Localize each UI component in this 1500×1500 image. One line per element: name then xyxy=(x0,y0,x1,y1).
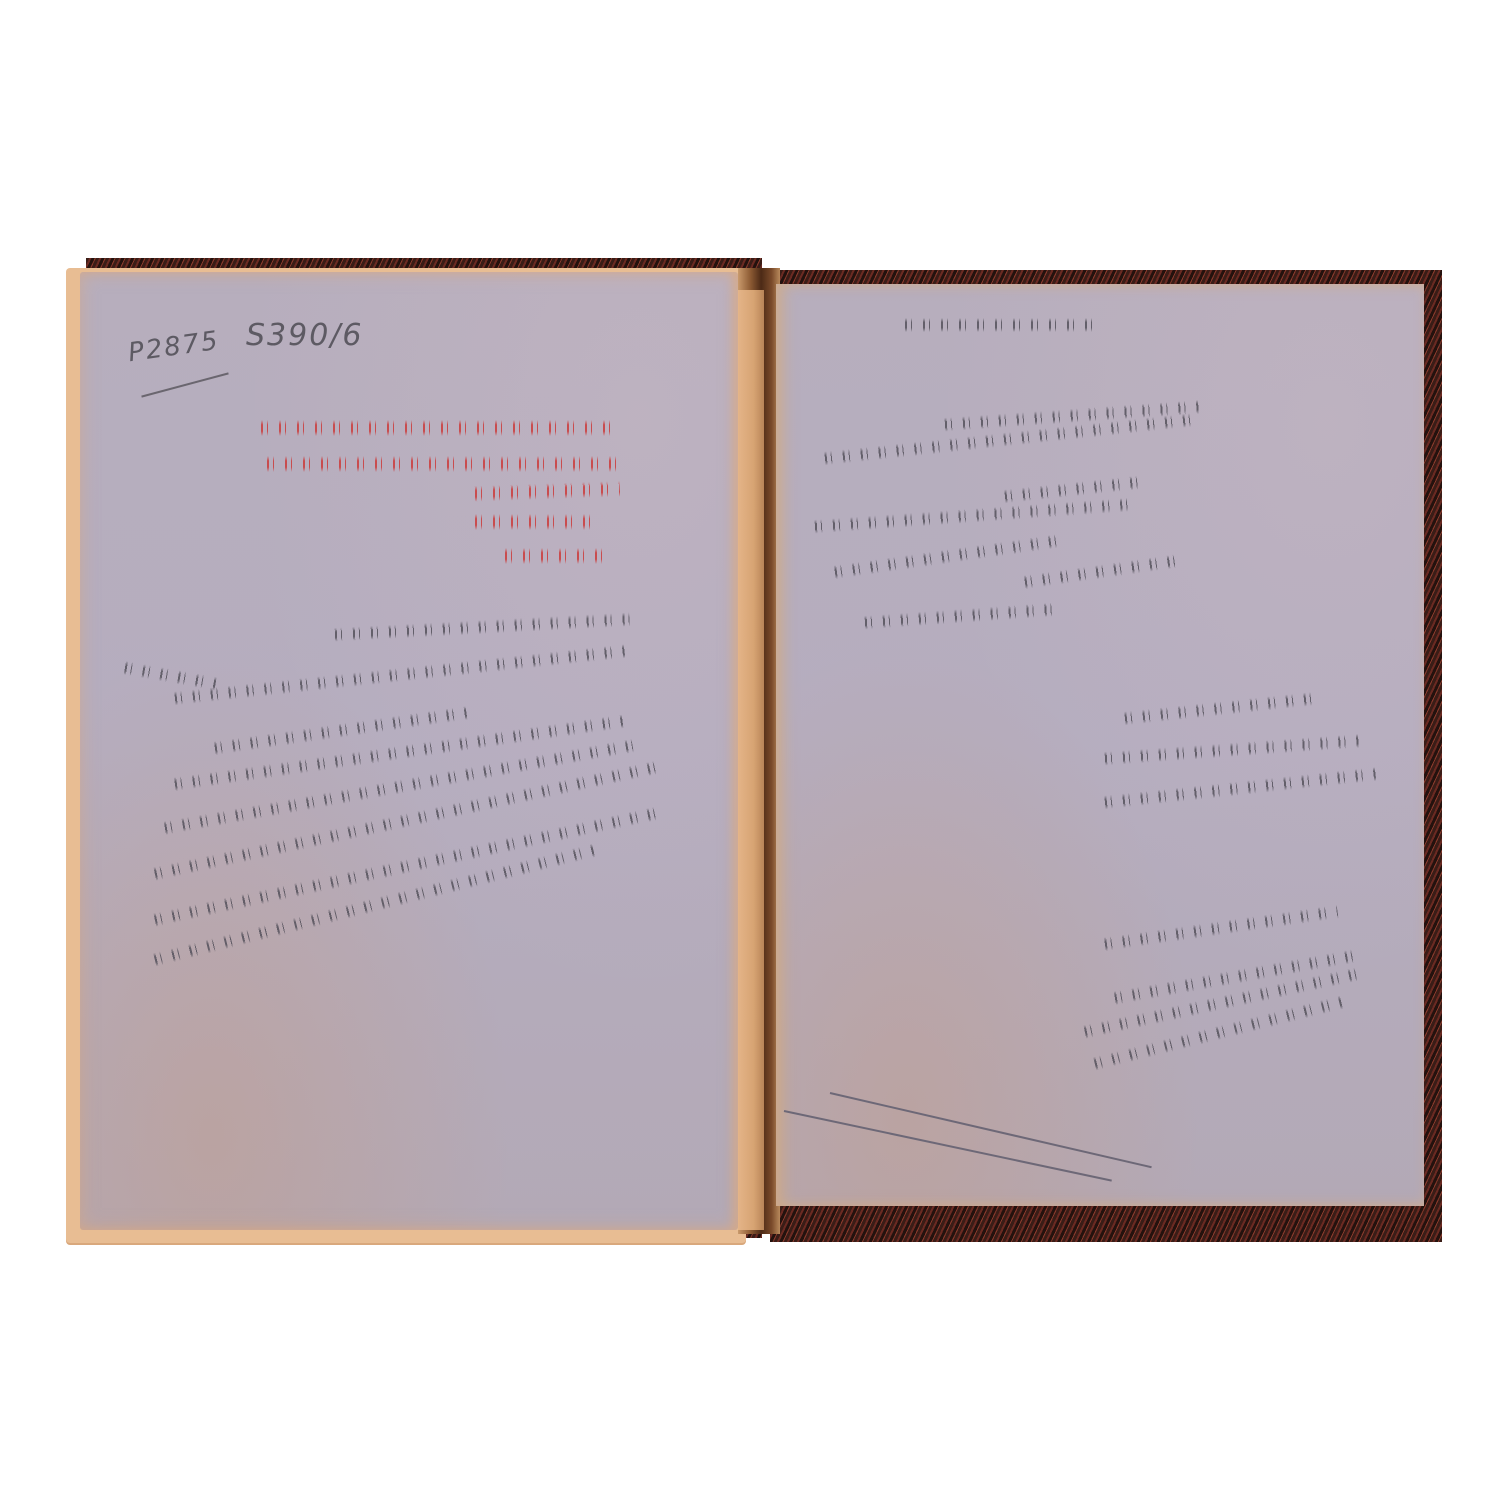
handwritten-line xyxy=(256,420,620,436)
shelfmark-annotation: S390/6 xyxy=(246,318,364,353)
handwritten-line xyxy=(470,514,600,530)
handwritten-line xyxy=(900,318,1100,332)
handwritten-line xyxy=(500,548,612,564)
book-photo: P2875 S390/6 xyxy=(0,0,1500,1500)
torn-page-edge xyxy=(738,290,764,1230)
handwritten-line xyxy=(262,456,622,472)
